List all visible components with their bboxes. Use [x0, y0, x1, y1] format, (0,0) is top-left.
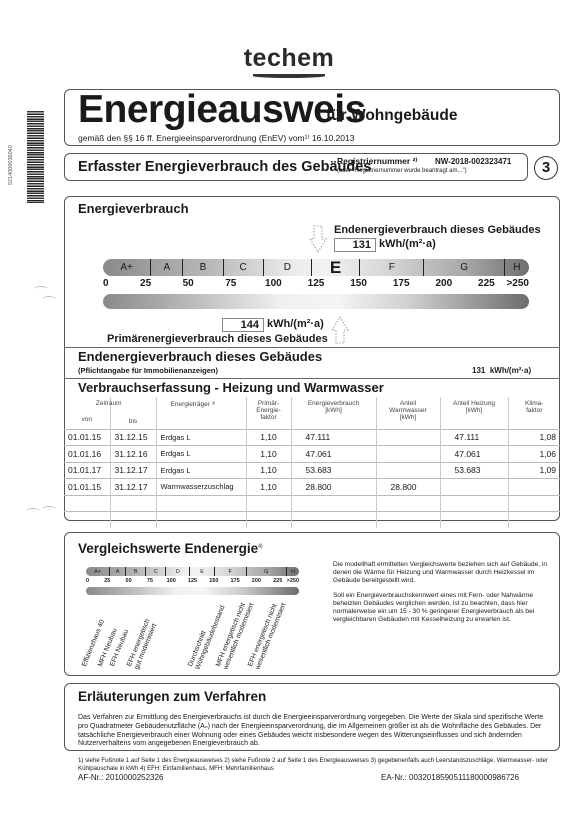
col-heating: Anteil Heizung [kWh] [440, 397, 508, 429]
cell-climate [508, 495, 560, 512]
footnote-mark: 4) [258, 544, 262, 550]
scale-tick: 125 [308, 278, 325, 289]
divider [64, 378, 560, 379]
comparison-scale-bar: A+ABCDEFGH [86, 567, 299, 576]
scale-tick: 175 [231, 578, 240, 584]
energy-heading: Energieverbrauch [78, 201, 189, 216]
cell-carrier [156, 512, 246, 529]
end-energy-value: 131 [334, 238, 376, 252]
cell-carrier [156, 495, 246, 512]
cell-climate [508, 512, 560, 529]
final-energy-value: 131 kWh/(m²·a) [472, 366, 531, 375]
punch-mark [34, 286, 48, 292]
cell-heating: 47.061 [440, 446, 508, 463]
scale-class-c: C [224, 259, 264, 276]
scale-tick: 25 [140, 278, 151, 289]
cell-factor: 1,10 [246, 446, 291, 463]
cell-to: 31.12.16 [110, 446, 156, 463]
af-number: AF-Nr.: 2010000252326 [78, 773, 163, 782]
scale-tick: 225 [478, 278, 495, 289]
cell-water [376, 462, 440, 479]
cell-factor [246, 512, 291, 529]
primary-energy-value: 144 [222, 318, 264, 332]
cell-factor: 1,10 [246, 429, 291, 446]
table-row: 01.01.1631.12.16Erdgas L1,1047.06147.061… [64, 446, 560, 463]
to-header: bis [111, 418, 156, 425]
scale-tick: 200 [435, 278, 452, 289]
cell-factor: 1,10 [246, 479, 291, 496]
scale-class-e: E [190, 567, 214, 576]
primary-scale-bar [103, 294, 529, 309]
scale-tick: 125 [188, 578, 197, 584]
cell-heating [440, 495, 508, 512]
cell-water [376, 446, 440, 463]
cell-from [64, 512, 110, 529]
scale-tick: 175 [393, 278, 410, 289]
cell-water: 28.800 [376, 479, 440, 496]
scale-class-aplus: A+ [86, 567, 110, 576]
arrow-down-icon [309, 225, 327, 253]
cell-heating: 47.111 [440, 429, 508, 446]
scale-class-a: A [151, 259, 183, 276]
cell-usage: 47.061 [291, 446, 376, 463]
cell-carrier: Erdgas L [156, 462, 246, 479]
scale-tick: 100 [265, 278, 282, 289]
energy-scale-bar: A+ABCDEFGH [103, 259, 529, 276]
primary-energy-label: Primärenergieverbrauch dieses Gebäudes [107, 333, 328, 345]
cell-usage: 28.800 [291, 479, 376, 496]
cell-factor: 1,10 [246, 462, 291, 479]
cell-heating [440, 512, 508, 529]
table-row: 01.01.1531.12.15Erdgas L1,1047.11147.111… [64, 429, 560, 446]
cell-climate: 1,06 [508, 446, 560, 463]
cell-heating [440, 479, 508, 496]
scale-tick: 0 [103, 278, 109, 289]
cell-to: 31.12.17 [110, 479, 156, 496]
registration-label: Registriernummer ²⁾ [337, 156, 418, 167]
cell-usage [291, 512, 376, 529]
scale-tick: 225 [273, 578, 282, 584]
scale-tick: 50 [126, 578, 132, 584]
comparison-bottom-bar [86, 587, 299, 595]
final-energy-note: (Pflichtangabe für Immobilienanzeigen) [78, 366, 218, 375]
cell-to: 31.12.17 [110, 462, 156, 479]
scale-tick: 100 [167, 578, 176, 584]
cell-to: 31.12.15 [110, 429, 156, 446]
final-energy-title: Endenergieverbrauch dieses Gebäudes [78, 349, 322, 364]
energy-scale-ticks: 0255075100125150175200225>250 [103, 278, 529, 290]
scale-tick: 150 [209, 578, 218, 584]
consumption-title: Verbrauchserfassung - Heizung und Warmwa… [78, 380, 384, 395]
col-factor: Primär- Energie- faktor [246, 397, 291, 429]
scale-tick: 25 [104, 578, 110, 584]
cell-heating: 53.683 [440, 462, 508, 479]
scale-tick: >250 [506, 278, 529, 289]
scale-class-e: E [312, 259, 360, 276]
scale-class-g: G [247, 567, 287, 576]
cell-from: 01.01.15 [64, 479, 110, 496]
punch-mark [42, 506, 56, 512]
explanation-text: Das Verfahren zur Ermittlung des Energie… [78, 714, 554, 749]
cell-to [110, 495, 156, 512]
cell-from [64, 495, 110, 512]
comparison-text: Die modellhaft ermittelten Vergleichswer… [333, 561, 555, 630]
barcode [27, 111, 44, 203]
document-subtitle: für Wohngebäude [326, 107, 457, 125]
document-title: Energieausweis [78, 88, 366, 132]
footnotes: 1) siehe Fußnote 1 auf Seite 1 des Energ… [78, 757, 558, 772]
scale-tick: 75 [147, 578, 153, 584]
explanation-title: Erläuterungen zum Verfahren [78, 689, 266, 704]
col-water: Anteil Warmwasser [kWh] [376, 397, 440, 429]
cell-from: 01.01.15 [64, 429, 110, 446]
cell-climate: 1,09 [508, 462, 560, 479]
scale-tick: 150 [350, 278, 367, 289]
cell-from: 01.01.16 [64, 446, 110, 463]
comparison-text-1: Die modellhaft ermittelten Vergleichswer… [333, 561, 555, 586]
scale-class-f: F [360, 259, 424, 276]
page-number: 3 [534, 156, 558, 180]
primary-energy-unit: kWh/(m²·a) [267, 318, 324, 330]
scale-class-d: D [166, 567, 190, 576]
scale-tick: >250 [287, 578, 299, 584]
final-energy-number: 131 [472, 366, 485, 375]
scale-class-a: A [110, 567, 126, 576]
col-from: Zeitraum von [64, 397, 110, 429]
scale-class-h: H [505, 259, 529, 276]
arrow-up-icon [331, 316, 349, 344]
cell-climate: 1,08 [508, 429, 560, 446]
cell-water [376, 495, 440, 512]
comparison-title-text: Vergleichswerte Endenergie [78, 541, 258, 556]
law-reference: gemäß den §§ 16 ff. Energieeinsparverord… [78, 133, 354, 144]
divider [64, 347, 560, 348]
cell-carrier: Erdgas L [156, 429, 246, 446]
table-row [64, 512, 560, 529]
registration-number: NW-2018-002323471 [435, 157, 511, 166]
cell-climate [508, 479, 560, 496]
logo-underline [253, 74, 325, 78]
comparison-text-2: Soll ein Energieverbrauchskennwert eines… [333, 592, 555, 625]
punch-mark [26, 508, 40, 514]
scale-class-c: C [146, 567, 166, 576]
cell-usage [291, 495, 376, 512]
scale-tick: 50 [183, 278, 194, 289]
end-energy-label: Endenergieverbrauch dieses Gebäudes [334, 224, 541, 236]
barcode-number: 5214000036040 [8, 145, 14, 185]
scale-class-b: B [183, 259, 223, 276]
period-header: Zeitraum [86, 400, 132, 407]
scale-class-f: F [215, 567, 247, 576]
cell-carrier: Warmwasserzuschlag [156, 479, 246, 496]
cell-water [376, 429, 440, 446]
table-row [64, 495, 560, 512]
cell-usage: 47.111 [291, 429, 376, 446]
cell-usage: 53.683 [291, 462, 376, 479]
from-header: von [64, 416, 110, 423]
scale-tick: 200 [252, 578, 261, 584]
cell-from: 01.01.17 [64, 462, 110, 479]
col-usage: Energieverbrauch [kWh] [291, 397, 376, 429]
scale-tick: 0 [86, 578, 89, 584]
cell-carrier: Erdgas L [156, 446, 246, 463]
punch-mark [42, 296, 56, 302]
section-title: Erfasster Energieverbrauch des Gebäudes [78, 159, 371, 175]
final-energy-unit: kWh/(m²·a) [490, 366, 531, 375]
ea-number: EA-Nr.: 003201859051118000098672​6 [381, 773, 519, 782]
comparison-scale-ticks: 0255075100125150175200225>250 [86, 578, 299, 586]
comparison-title: Vergleichswerte Endenergie4) [78, 541, 263, 556]
table-row: 01.01.1731.12.17Erdgas L1,1053.68353.683… [64, 462, 560, 479]
scale-class-b: B [126, 567, 146, 576]
consumption-table: Zeitraum von bis Energieträger ³⁾ Primär… [64, 397, 560, 528]
cell-factor [246, 495, 291, 512]
scale-tick: 75 [225, 278, 236, 289]
col-climate: Klima- faktor [508, 397, 560, 429]
col-carrier: Energieträger ³⁾ [156, 397, 246, 429]
end-energy-unit: kWh/(m²·a) [379, 238, 436, 250]
scale-class-h: H [287, 567, 299, 576]
scale-class-g: G [424, 259, 504, 276]
cell-water [376, 512, 440, 529]
scale-class-aplus: A+ [103, 259, 151, 276]
registration-note: (oder "Registriernummer wurde beantragt … [337, 168, 467, 174]
scale-class-d: D [264, 259, 312, 276]
table-row: 01.01.1531.12.17Warmwasserzuschlag1,1028… [64, 479, 560, 496]
techem-logo: techem [0, 44, 578, 73]
cell-to [110, 512, 156, 529]
